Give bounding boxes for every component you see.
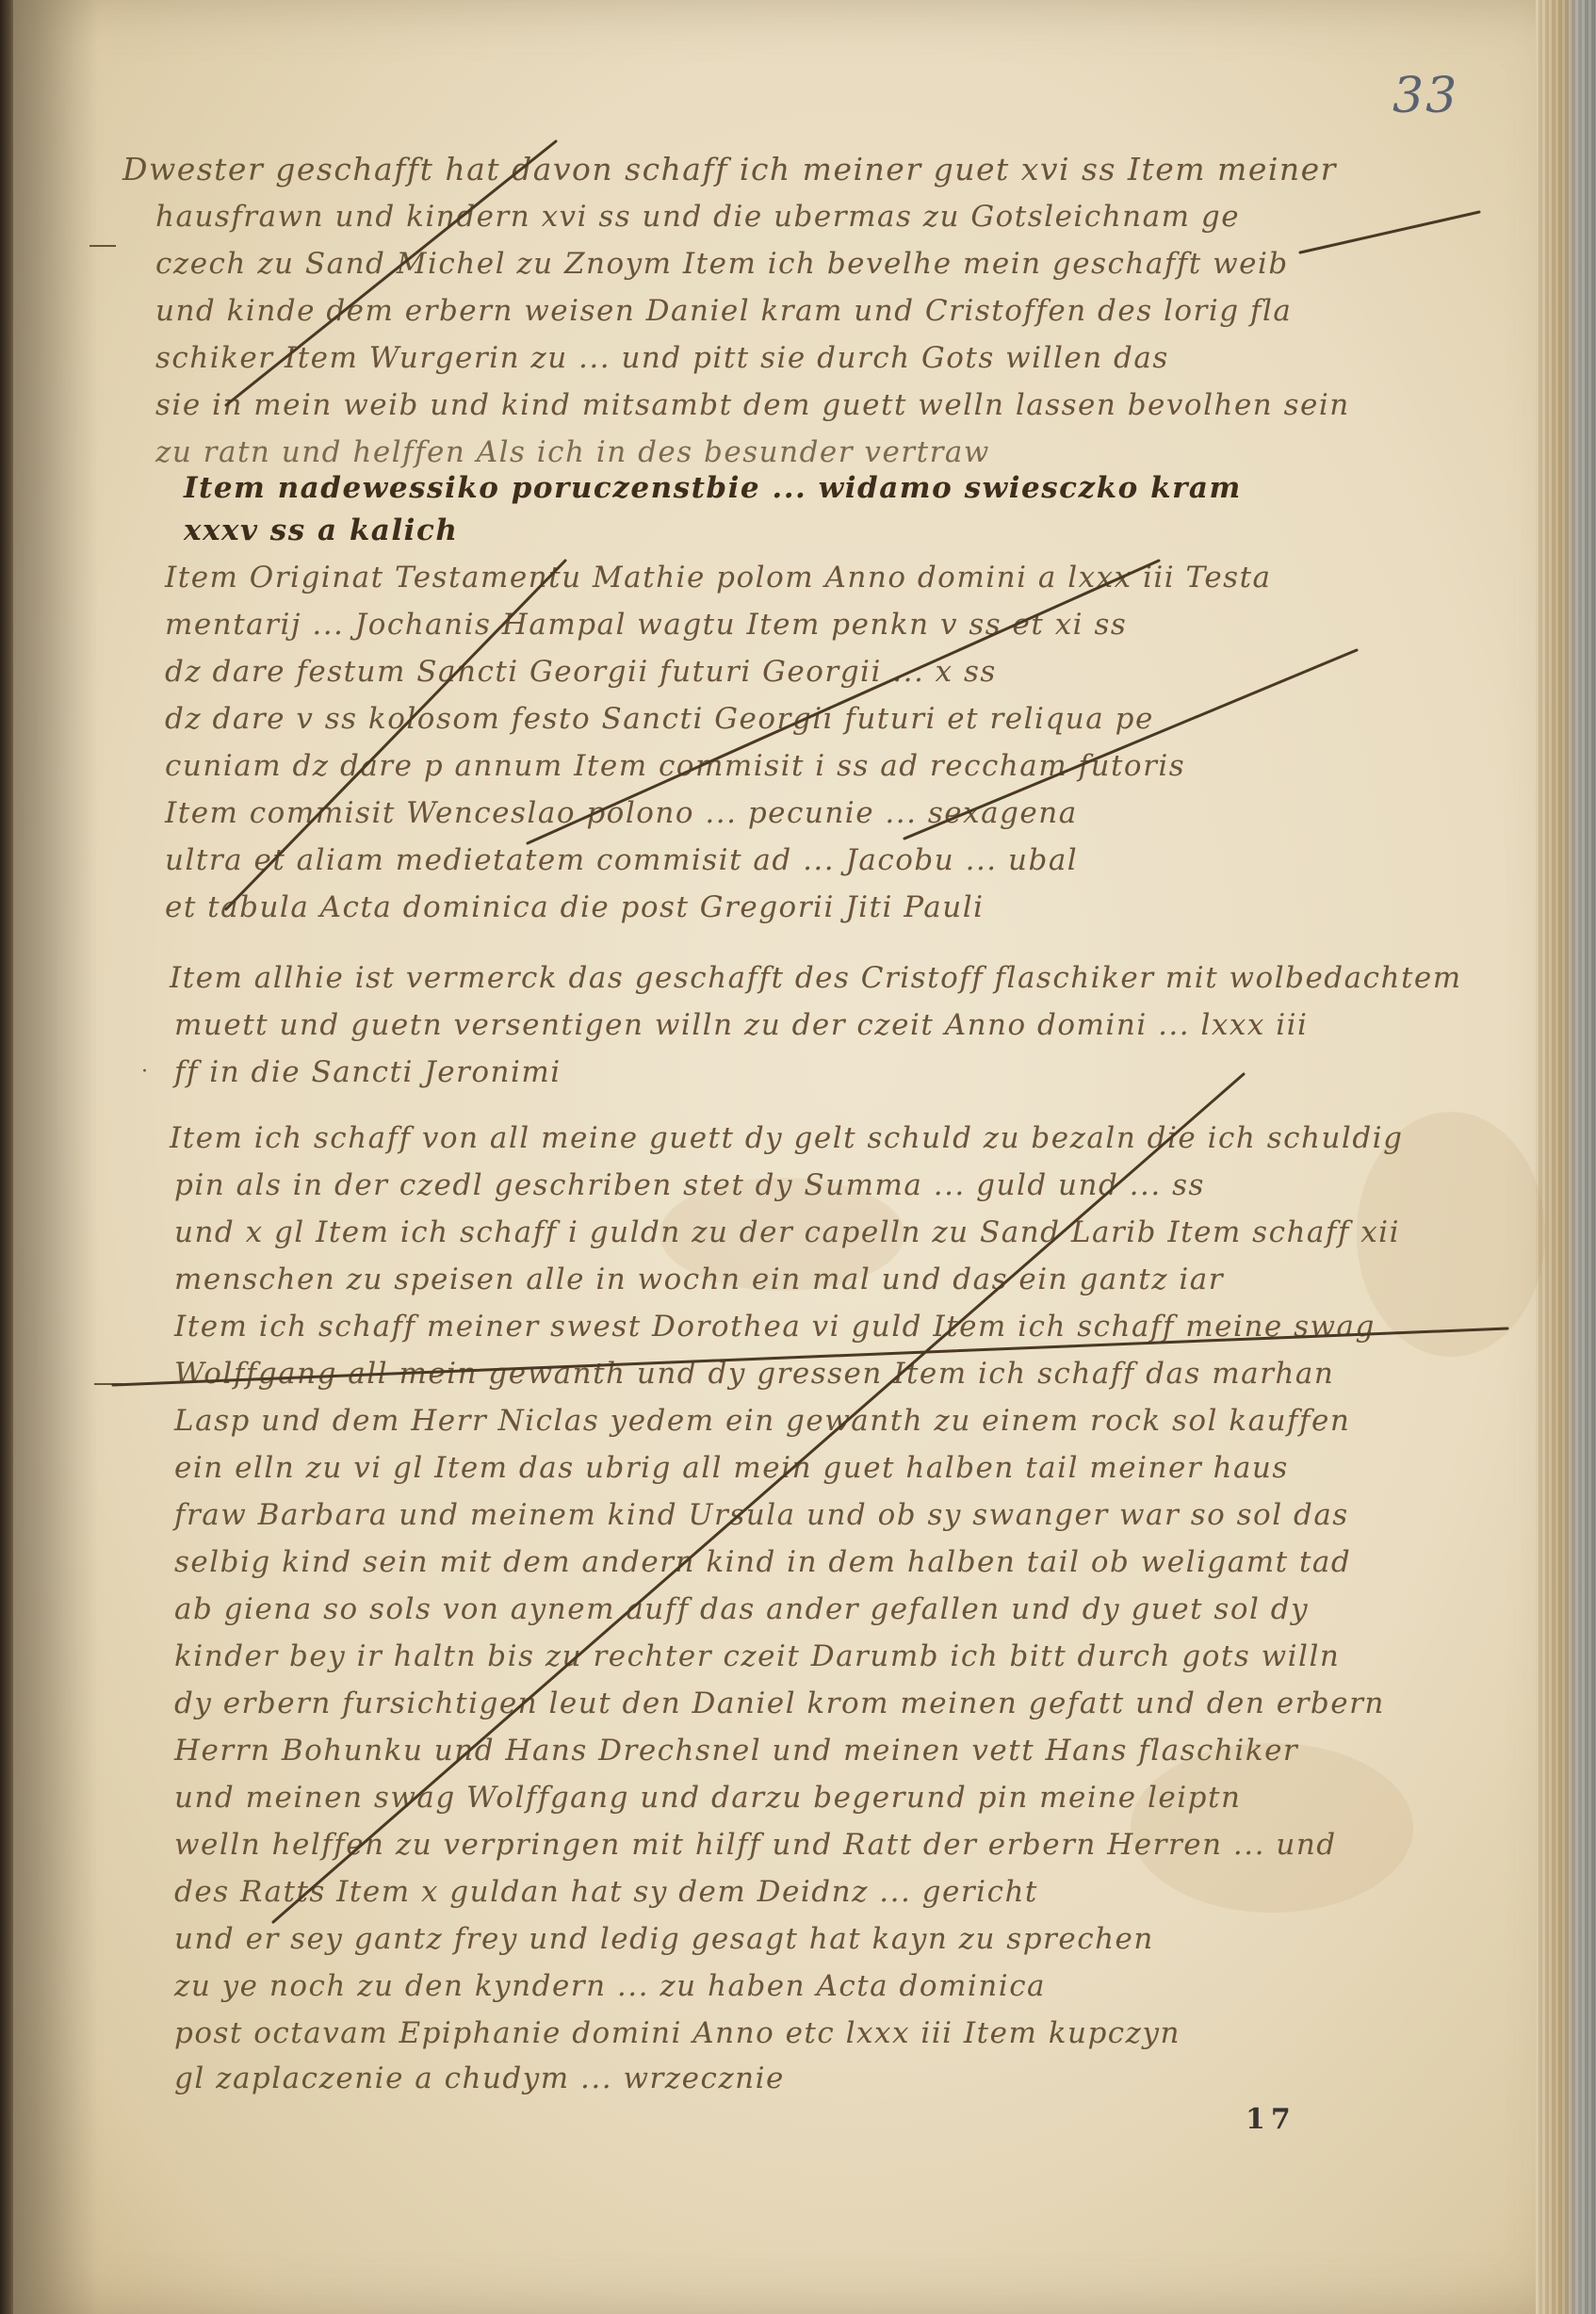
text-line: Item Originat Testamentu Mathie polom An… [165,561,1272,595]
margin-dot: · [141,1060,148,1084]
text-line: dy erbern fursichtigen leut den Daniel k… [174,1687,1385,1720]
text-line: dz dare festum Sancti Georgii futuri Geo… [165,655,997,689]
text-line: welln helffen zu verpringen mit hilff un… [174,1828,1337,1862]
text-line: zu ratn und helffen Als ich in des besun… [155,435,990,469]
text-line: schiker Item Wurgerin zu ... und pitt si… [155,341,1169,375]
text-line: ultra et aliam medietatem commisit ad ..… [165,843,1078,877]
margin-dash [94,1383,122,1385]
text-line: mentarij ... Jochanis Hampal wagtu Item … [165,608,1127,642]
text-line: Herrn Bohunku und Hans Drechsnel und mei… [174,1734,1298,1768]
text-line: fraw Barbara und meinem kind Ursula und … [174,1498,1349,1532]
text-line: sie in mein weib und kind mitsambt dem g… [155,388,1350,422]
text-line: gl zaplaczenie a chudym ... wrzecznie [174,2061,785,2095]
text-line: ab giena so sols von aynem auff das ande… [174,1592,1309,1626]
text-line: Wolffgang all mein gewanth und dy gresse… [174,1357,1334,1391]
text-line: Dwester geschafft hat davon schaff ich m… [122,151,1337,187]
text-line: muett und guetn versentigen willn zu der… [174,1008,1308,1042]
text-line: Item ich schaff meiner swest Dorothea vi… [174,1310,1376,1344]
text-line: post octavam Epiphanie domini Anno etc l… [174,2016,1181,2050]
margin-dash [90,245,116,247]
text-line: Item ich schaff von all meine guett dy g… [170,1121,1403,1155]
text-line: cuniam dz dare p annum Item commisit i s… [165,749,1185,783]
text-line: Item allhie ist vermerck das geschafft d… [170,961,1462,995]
folio-number: 33 [1392,68,1458,124]
text-line: et tabula Acta dominica die post Gregori… [165,890,985,924]
text-line: pin als in der czedl geschriben stet dy … [174,1168,1205,1202]
text-line: und kinde dem erbern weisen Daniel kram … [155,294,1292,328]
text-line: Lasp und dem Herr Niclas yedem ein gewan… [174,1404,1350,1438]
text-line: kinder bey ir haltn bis zu rechter czeit… [174,1639,1340,1673]
text-line: und x gl Item ich schaff i guldn zu der … [174,1215,1400,1249]
page-edge-texture [1536,0,1596,2314]
text-line: und er sey gantz frey und ledig gesagt h… [174,1922,1154,1956]
text-line: ff in die Sancti Jeronimi [174,1055,562,1089]
text-line: selbig kind sein mit dem andern kind in … [174,1545,1351,1579]
text-line: Item nadewessiko poruczenstbie ... widam… [184,471,1242,505]
gutter-shadow [13,0,98,2314]
text-line: Item commisit Wenceslao polono ... pecun… [165,796,1078,830]
text-line: menschen zu speisen alle in wochn ein ma… [174,1263,1224,1296]
text-line: des Ratts Item x guldan hat sy dem Deidn… [174,1875,1038,1909]
gathering-signature: 17 [1246,2103,1296,2136]
text-line: xxxv ss a kalich [184,513,458,547]
text-line: hausfrawn und kindern xvi ss und die ube… [155,200,1240,234]
text-line: ein elln zu vi gl Item das ubrig all mei… [174,1451,1289,1485]
text-line: dz dare v ss kolosom festo Sancti Georgi… [165,702,1154,736]
text-line: czech zu Sand Michel zu Znoym Item ich b… [155,247,1289,281]
text-line: und meinen swag Wolffgang und darzu bege… [174,1781,1241,1815]
text-line: zu ye noch zu den kyndern ... zu haben A… [174,1969,1046,2003]
